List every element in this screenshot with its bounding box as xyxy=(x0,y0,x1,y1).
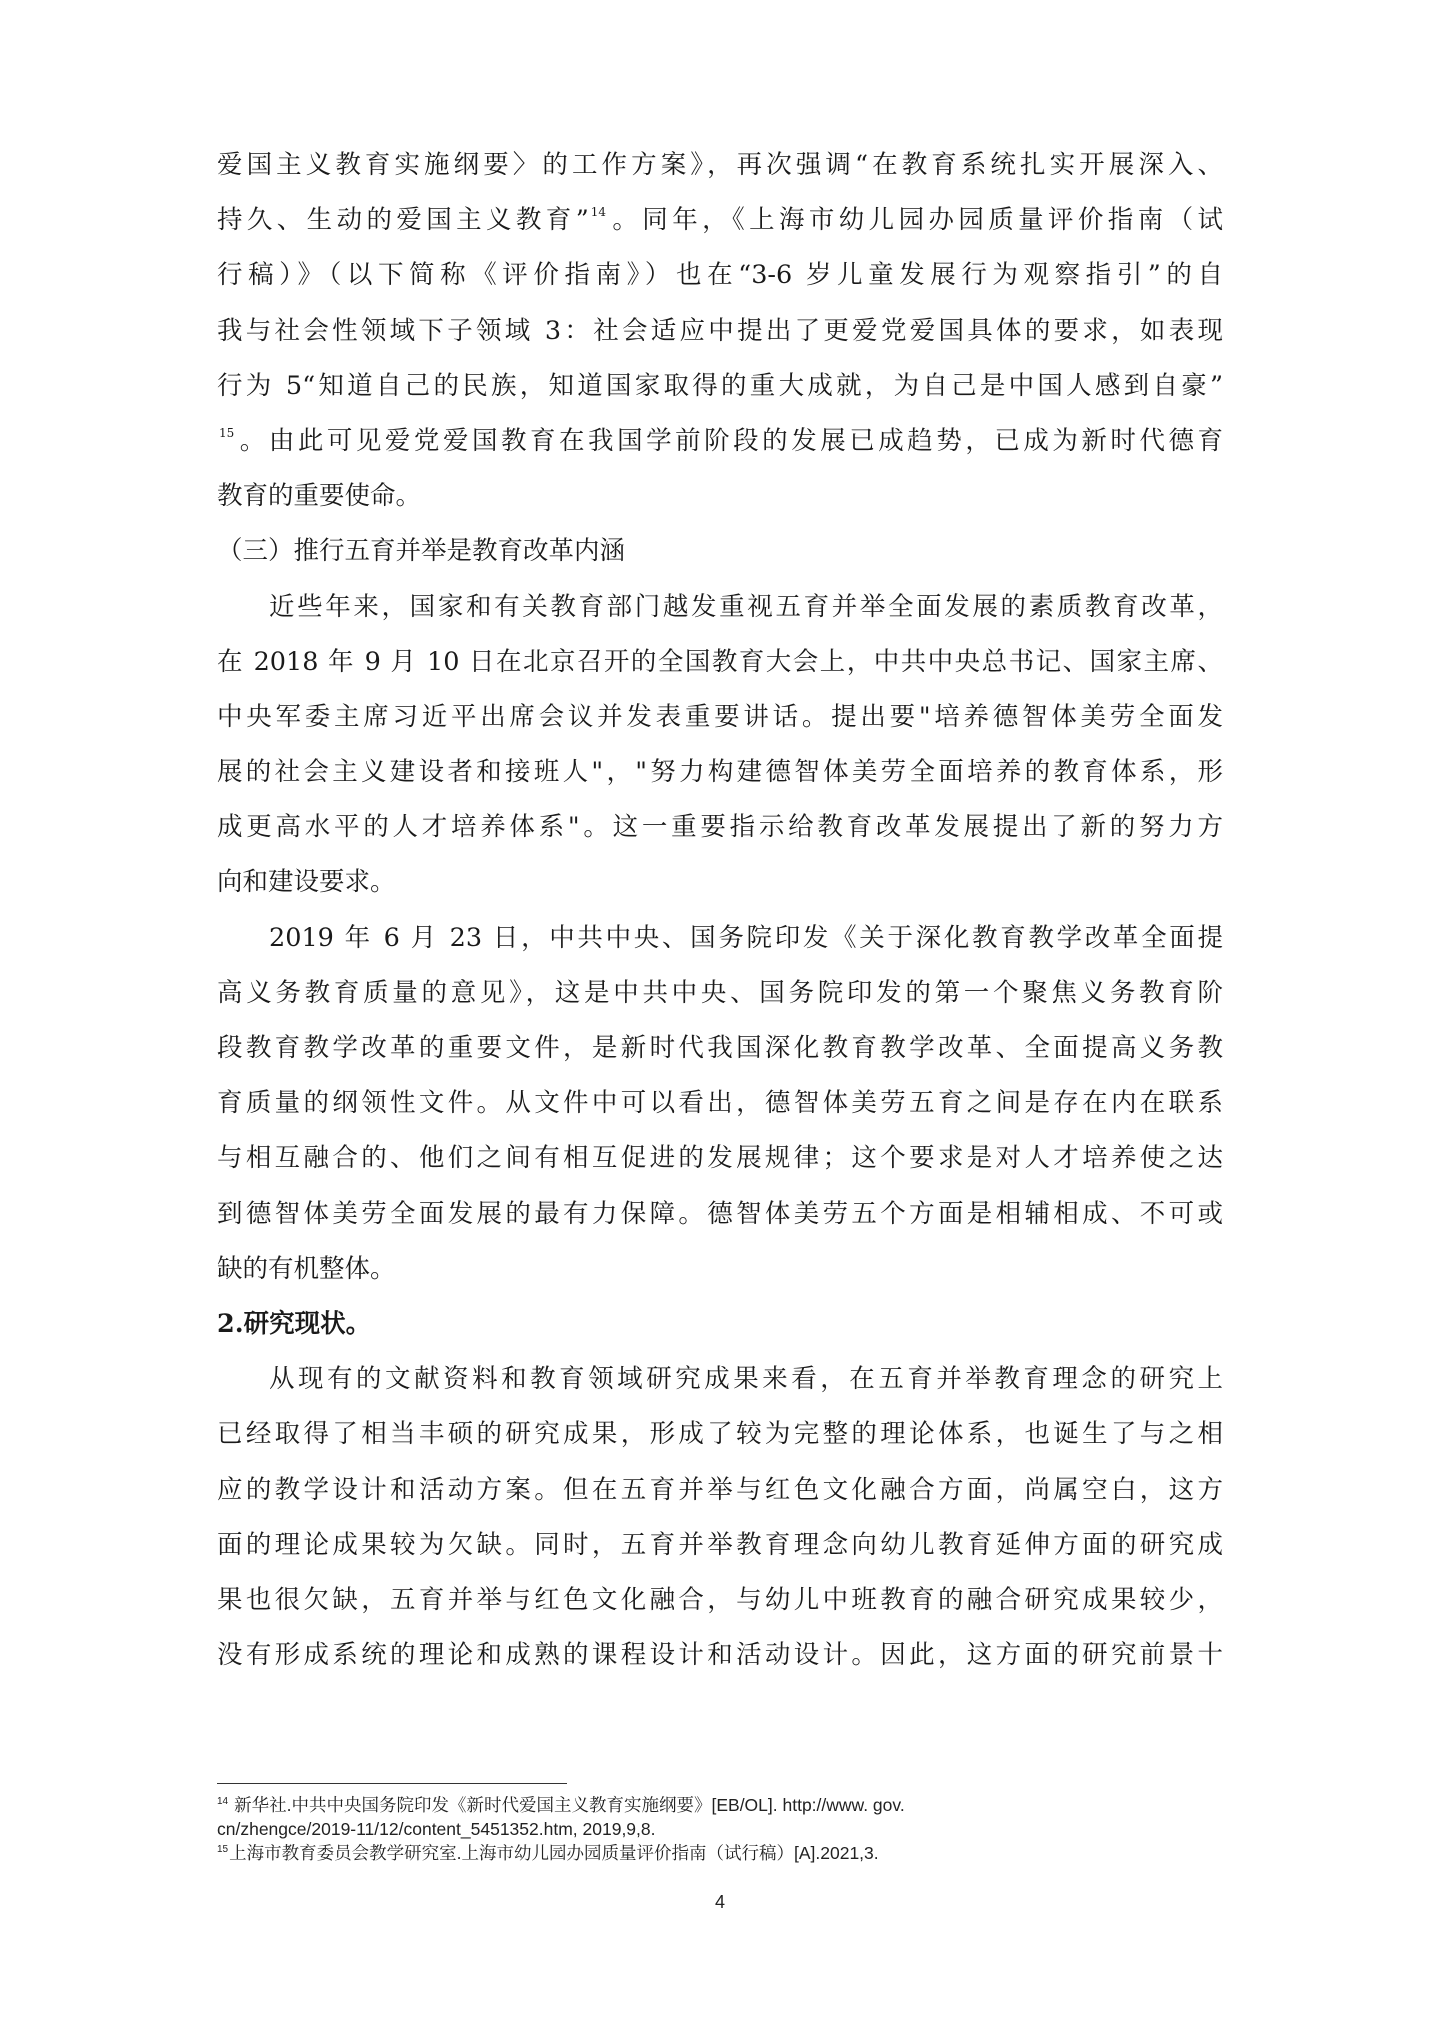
body-line: 应的教学设计和活动方案。但在五育并举与红色文化融合方面，尚属空白，这方 xyxy=(217,1463,1223,1518)
body-line: 2019 年 6 月 23 日，中共中央、国务院印发《关于深化教育教学改革全面提 xyxy=(217,911,1223,966)
footnote-number: 14 xyxy=(217,1796,228,1807)
document-page: 爱国主义教育实施纲要〉的工作方案》，再次强调“在教育系统扎实开展深入、 持久、生… xyxy=(0,0,1440,2036)
body-line: 爱国主义教育实施纲要〉的工作方案》，再次强调“在教育系统扎实开展深入、 xyxy=(217,138,1223,193)
footnote-number: 15 xyxy=(217,1844,228,1855)
body-line: 我与社会性领域下子领域 3：社会适应中提出了更爱党爱国具体的要求，如表现 xyxy=(217,304,1223,359)
footnote-14: 14新华社.中共中央国务院印发《新时代爱国主义教育实施纲要》[EB/OL]. h… xyxy=(217,1793,1223,1817)
body-line: 向和建设要求。 xyxy=(217,855,1223,910)
page-number: 4 xyxy=(0,1890,1440,1914)
footnote-14-continued: cn/zhengce/2019-11/12/content_5451352.ht… xyxy=(217,1817,1223,1841)
body-line: 从现有的文献资料和教育领域研究成果来看，在五育并举教育理念的研究上 xyxy=(217,1352,1223,1407)
body-line: 段教育教学改革的重要文件，是新时代我国深化教育教学改革、全面提高义务教 xyxy=(217,1021,1223,1076)
line-text: 。由此可见爱党爱国教育在我国学前阶段的发展已成趋势，已成为新时代德育 xyxy=(236,426,1223,456)
section-subheading: （三）推行五育并举是教育改革内涵 xyxy=(217,524,1223,579)
footnote-ref-14: 14 xyxy=(591,205,606,219)
line-text: 持久、生动的爱国主义教育” xyxy=(217,205,589,235)
section-heading: 2.研究现状。 xyxy=(217,1297,1223,1352)
body-line: 已经取得了相当丰硕的研究成果，形成了较为完整的理论体系，也诞生了与之相 xyxy=(217,1407,1223,1462)
body-line: 在 2018 年 9 月 10 日在北京召开的全国教育大会上，中共中央总书记、国… xyxy=(217,635,1223,690)
footnote-text: 上海市教育委员会教学研究室.上海市幼儿园办园质量评价指南（试行稿）[A].202… xyxy=(229,1843,879,1863)
body-text: 爱国主义教育实施纲要〉的工作方案》，再次强调“在教育系统扎实开展深入、 持久、生… xyxy=(217,138,1223,1683)
body-line: 缺的有机整体。 xyxy=(217,1242,1223,1297)
body-line: 教育的重要使命。 xyxy=(217,469,1223,524)
footnote-ref-15: 15 xyxy=(219,426,234,440)
body-line: 持久、生动的爱国主义教育”14。同年，《上海市幼儿园办园质量评价指南（试 xyxy=(217,193,1223,248)
body-line: 中央军委主席习近平出席会议并发表重要讲话。提出要"培养德智体美劳全面发 xyxy=(217,690,1223,745)
body-line: 近些年来，国家和有关教育部门越发重视五育并举全面发展的素质教育改革， xyxy=(217,580,1223,635)
body-line: 育质量的纲领性文件。从文件中可以看出，德智体美劳五育之间是存在内在联系 xyxy=(217,1076,1223,1131)
body-line: 与相互融合的、他们之间有相互促进的发展规律；这个要求是对人才培养使之达 xyxy=(217,1131,1223,1186)
body-line: 15。由此可见爱党爱国教育在我国学前阶段的发展已成趋势，已成为新时代德育 xyxy=(217,414,1223,469)
footnote-text: cn/zhengce/2019-11/12/content_5451352.ht… xyxy=(217,1819,656,1839)
body-line: 展的社会主义建设者和接班人"，"努力构建德智体美劳全面培养的教育体系，形 xyxy=(217,745,1223,800)
footnotes: 14新华社.中共中央国务院印发《新时代爱国主义教育实施纲要》[EB/OL]. h… xyxy=(217,1793,1223,1865)
body-line: 果也很欠缺，五育并举与红色文化融合，与幼儿中班教育的融合研究成果较少， xyxy=(217,1573,1223,1628)
footnote-text: 新华社.中共中央国务院印发《新时代爱国主义教育实施纲要》[EB/OL]. htt… xyxy=(234,1795,905,1815)
body-line: 行为 5“知道自己的民族，知道国家取得的重大成就，为自己是中国人感到自豪” xyxy=(217,359,1223,414)
body-line: 行稿）》（以下简称《评价指南》）也在“3-6 岁儿童发展行为观察指引”的自 xyxy=(217,248,1223,303)
body-line: 面的理论成果较为欠缺。同时，五育并举教育理念向幼儿教育延伸方面的研究成 xyxy=(217,1518,1223,1573)
body-line: 高义务教育质量的意见》，这是中共中央、国务院印发的第一个聚焦义务教育阶 xyxy=(217,966,1223,1021)
line-text: 。同年，《上海市幼儿园办园质量评价指南（试 xyxy=(608,205,1223,235)
footnote-15: 15上海市教育委员会教学研究室.上海市幼儿园办园质量评价指南（试行稿）[A].2… xyxy=(217,1841,1223,1865)
body-line: 没有形成系统的理论和成熟的课程设计和活动设计。因此，这方面的研究前景十 xyxy=(217,1628,1223,1683)
body-line: 到德智体美劳全面发展的最有力保障。德智体美劳五个方面是相辅相成、不可或 xyxy=(217,1187,1223,1242)
body-line: 成更高水平的人才培养体系"。这一重要指示给教育改革发展提出了新的努力方 xyxy=(217,800,1223,855)
footnote-separator xyxy=(217,1783,567,1784)
